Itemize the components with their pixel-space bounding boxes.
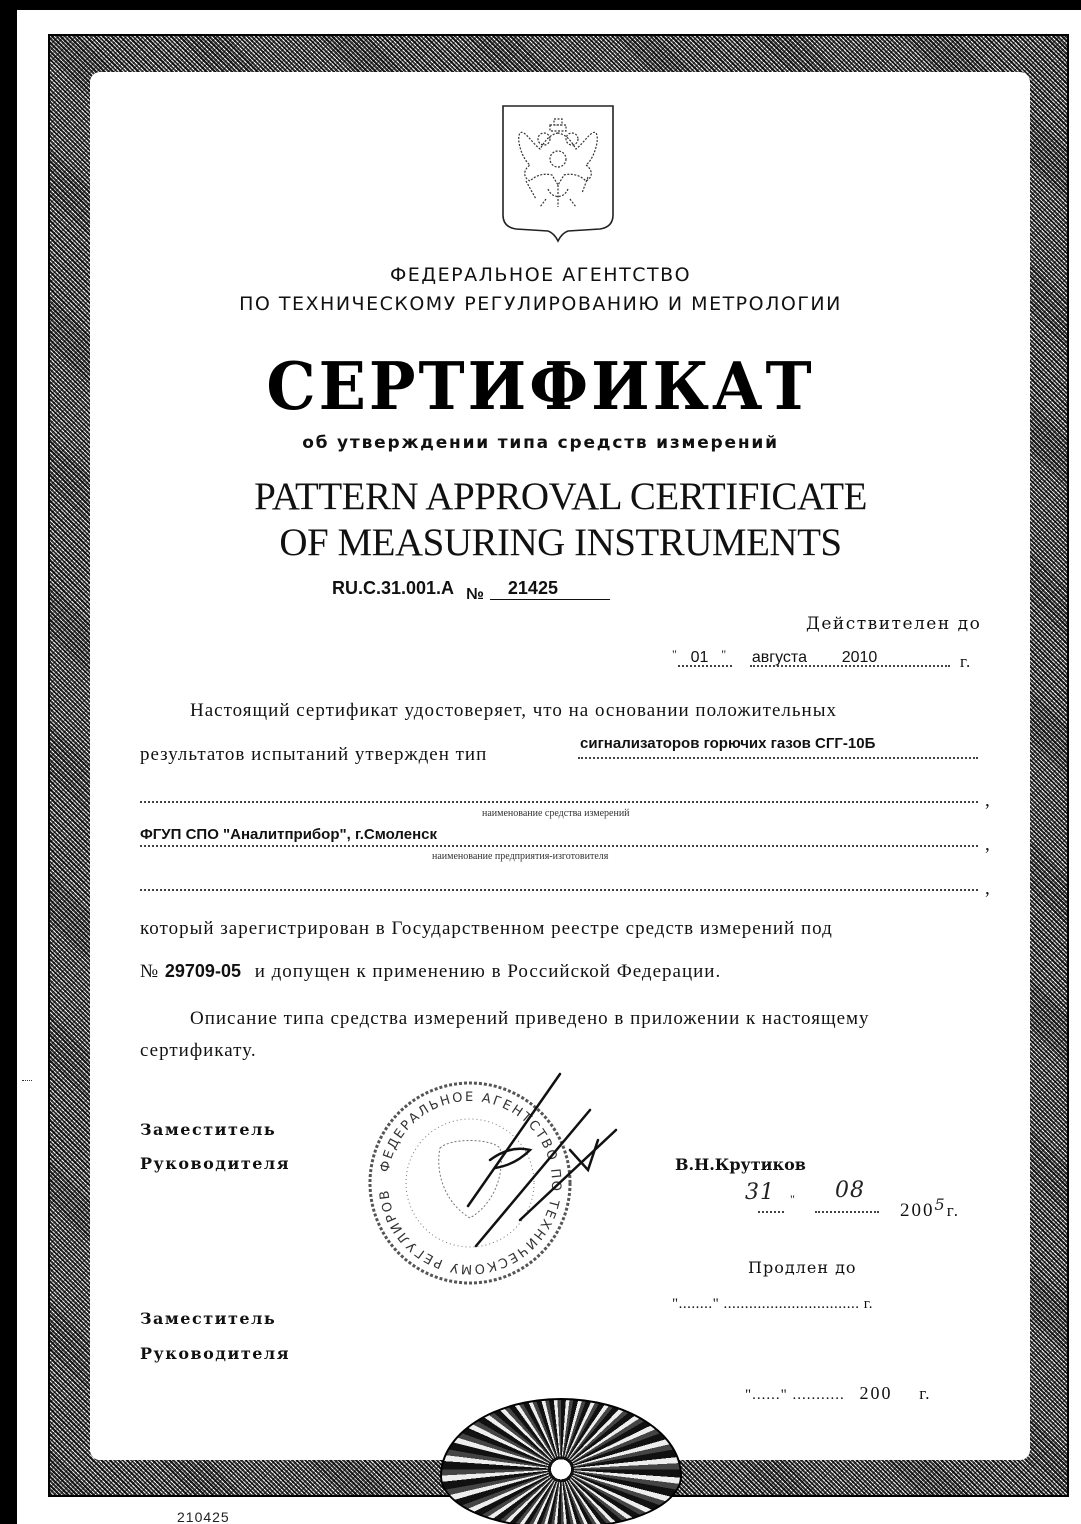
instrument-name: сигнализаторов горючих газов СГГ-10Б xyxy=(580,735,875,752)
signer1-year: 2005г. xyxy=(900,1195,960,1222)
signer2-position-line1: Заместитель xyxy=(140,1309,276,1328)
body-paragraph2-line2: № 29709-05 и допущен к применению в Росс… xyxy=(140,961,721,983)
comma: , xyxy=(985,790,991,812)
agency-name: ФЕДЕРАЛЬНОЕ АГЕНТСТВО ПО ТЕХНИЧЕСКОМУ РЕ… xyxy=(0,261,1081,319)
extended-until-date: "........" .............................… xyxy=(672,1296,873,1313)
blank-serial-number: 210425 xyxy=(177,1509,230,1524)
certificate-number: 21425 xyxy=(490,578,610,600)
valid-month-year-dotline xyxy=(750,665,950,667)
body-paragraph3-line1: Описание типа средства измерений приведе… xyxy=(190,1008,870,1030)
signer1-position-line1: Заместитель xyxy=(140,1120,276,1139)
signer2-position-line2: Руководителя xyxy=(140,1344,290,1363)
instrument-dotline-2 xyxy=(140,801,978,803)
signer1-year-suffix: г. xyxy=(947,1201,960,1220)
number-sign: № xyxy=(466,586,484,603)
signer1-day-dotline xyxy=(758,1211,784,1213)
instrument-dotline xyxy=(578,757,978,759)
registration-prefix: RU.C.31.001.A xyxy=(332,578,454,598)
agency-name-line1: ФЕДЕРАЛЬНОЕ АГЕНТСТВО xyxy=(0,261,1081,290)
comma: , xyxy=(985,878,991,900)
manufacturer-dotline xyxy=(140,845,978,847)
body-paragraph1-line2: результатов испытаний утвержден тип xyxy=(140,744,487,766)
agency-name-line2: ПО ТЕХНИЧЕСКОМУ РЕГУЛИРОВАНИЮ И МЕТРОЛОГ… xyxy=(0,290,1081,319)
body-paragraph3-line2: сертификату. xyxy=(140,1040,257,1062)
signer2-year-suffix: г. xyxy=(919,1384,930,1403)
signer2-date-placeholder: "......" ........... xyxy=(745,1387,845,1403)
signer1-year-printed: 200 xyxy=(900,1200,935,1221)
certificate-title: СЕРТИФИКАТ xyxy=(0,348,1081,425)
signer1-month: 08 xyxy=(835,1178,865,1203)
quote-mark: " xyxy=(790,1192,796,1207)
valid-day: 01 xyxy=(691,649,709,666)
valid-year-suffix: г. xyxy=(960,652,971,672)
valid-day-dotline xyxy=(678,665,732,667)
signer1-year-handwritten: 5 xyxy=(935,1195,947,1214)
instrument-caption: наименование средства измерений xyxy=(482,808,630,819)
registry-number-sign: № xyxy=(140,961,159,982)
signer1-day: 31 xyxy=(745,1180,775,1205)
registry-number: 29709-05 xyxy=(165,961,241,981)
body-paragraph1-line1: Настоящий сертификат удостоверяет, что н… xyxy=(190,700,837,722)
english-title: PATTERN APPROVAL CERTIFICATE OF MEASURIN… xyxy=(20,474,1081,566)
certificate-registration-number: RU.C.31.001.A№21425 xyxy=(332,578,610,600)
signer1-month-dotline xyxy=(815,1211,879,1213)
signer1-name: В.Н.Крутиков xyxy=(675,1155,806,1174)
english-title-line1: PATTERN APPROVAL CERTIFICATE xyxy=(20,474,1081,520)
valid-year: 2010 xyxy=(842,649,878,666)
valid-month: августа xyxy=(752,649,807,666)
certificate-subtitle: об утверждении типа средств измерений xyxy=(0,433,1081,453)
valid-until-label: Действителен до xyxy=(806,614,981,634)
signer2-year-printed: 200 xyxy=(860,1383,893,1403)
handwritten-signature xyxy=(420,1070,620,1250)
manufacturer-caption: наименование предприятия-изготовителя xyxy=(432,851,608,862)
russian-coat-of-arms-icon xyxy=(500,103,616,243)
english-title-line2: OF MEASURING INSTRUMENTS xyxy=(20,520,1081,566)
comma: , xyxy=(985,834,991,856)
registry-suffix: и допущен к применению в Российской Феде… xyxy=(255,961,721,982)
signer2-date: "......" ........... 200 г. xyxy=(745,1383,931,1404)
body-paragraph2-line1: который зарегистрирован в Государственно… xyxy=(140,918,833,940)
valid-until-date: " 01 " августа 2010 xyxy=(672,647,877,667)
manufacturer-dotline-2 xyxy=(140,889,978,891)
signer1-position-line2: Руководителя xyxy=(140,1154,290,1173)
scan-mark xyxy=(22,1080,32,1081)
manufacturer-name: ФГУП СПО "Аналитприбор", г.Смоленск xyxy=(140,826,437,843)
extended-until-label: Продлен до xyxy=(748,1258,857,1277)
